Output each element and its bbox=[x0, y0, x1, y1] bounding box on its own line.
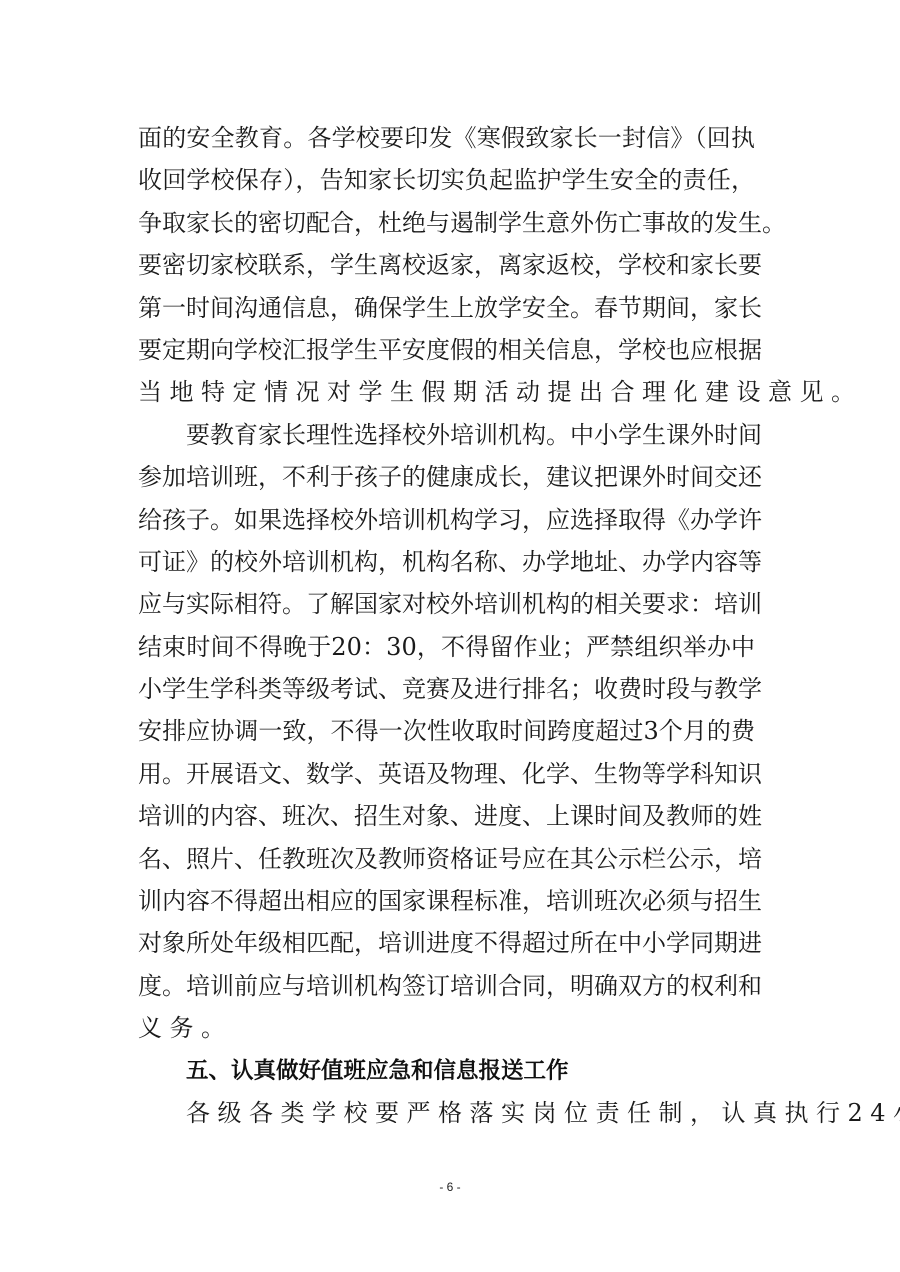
text-line: 面的安全教育。各学校要印发《寒假致家长一封信》（回执 bbox=[138, 117, 755, 159]
section-heading: 五、认真做好值班应急和信息报送工作 bbox=[138, 1050, 755, 1092]
text-line: 安排应协调一致，不得一次性收取时间跨度超过3个月的费 bbox=[138, 710, 755, 752]
text-line: 义务。 bbox=[138, 1007, 755, 1049]
text-line: 各级各类学校要严格落实岗位责任制，认真执行24小 bbox=[138, 1092, 755, 1134]
text-line: 结束时间不得晚于20：30，不得留作业；严禁组织举办中 bbox=[138, 626, 755, 668]
text-line: 可证》的校外培训机构，机构名称、办学地址、办学内容等 bbox=[138, 541, 755, 583]
text-line: 给孩子。如果选择校外培训机构学习，应选择取得《办学许 bbox=[138, 499, 755, 541]
text-line: 对象所处年级相匹配，培训进度不得超过所在中小学同期进 bbox=[138, 922, 755, 964]
text-line: 度。培训前应与培训机构签订培训合同，明确双方的权利和 bbox=[138, 965, 755, 1007]
document-body: 面的安全教育。各学校要印发《寒假致家长一封信》（回执 收回学校保存），告知家长切… bbox=[138, 117, 755, 1134]
paragraph-parent-safety: 面的安全教育。各学校要印发《寒假致家长一封信》（回执 收回学校保存），告知家长切… bbox=[138, 117, 755, 414]
text-line: 参加培训班，不利于孩子的健康成长，建议把课外时间交还 bbox=[138, 456, 755, 498]
paragraph-duty-responsibility: 各级各类学校要严格落实岗位责任制，认真执行24小 bbox=[138, 1092, 755, 1134]
paragraph-training-institutions: 要教育家长理性选择校外培训机构。中小学生课外时间 参加培训班，不利于孩子的健康成… bbox=[138, 414, 755, 1050]
text-line: 当地特定情况对学生假期活动提出合理化建设意见。 bbox=[138, 371, 755, 413]
text-line: 要教育家长理性选择校外培训机构。中小学生课外时间 bbox=[138, 414, 755, 456]
text-line: 应与实际相符。了解国家对校外培训机构的相关要求：培训 bbox=[138, 583, 755, 625]
text-line: 训内容不得超出相应的国家课程标准，培训班次必须与招生 bbox=[138, 880, 755, 922]
text-line: 第一时间沟通信息，确保学生上放学安全。春节期间，家长 bbox=[138, 287, 755, 329]
text-line: 要定期向学校汇报学生平安度假的相关信息，学校也应根据 bbox=[138, 329, 755, 371]
document-page: 面的安全教育。各学校要印发《寒假致家长一封信》（回执 收回学校保存），告知家长切… bbox=[0, 0, 900, 1272]
text-line: 要密切家校联系，学生离校返家，离家返校，学校和家长要 bbox=[138, 244, 755, 286]
text-line: 争取家长的密切配合，杜绝与遏制学生意外伤亡事故的发生。 bbox=[138, 202, 755, 244]
text-line: 名、照片、任教班次及教师资格证号应在其公示栏公示，培 bbox=[138, 838, 755, 880]
text-line: 收回学校保存），告知家长切实负起监护学生安全的责任， bbox=[138, 159, 755, 201]
text-line: 用。开展语文、数学、英语及物理、化学、生物等学科知识 bbox=[138, 753, 755, 795]
text-line: 小学生学科类等级考试、竞赛及进行排名；收费时段与教学 bbox=[138, 668, 755, 710]
text-line: 培训的内容、班次、招生对象、进度、上课时间及教师的姓 bbox=[138, 795, 755, 837]
page-number: - 6 - bbox=[0, 1180, 900, 1194]
